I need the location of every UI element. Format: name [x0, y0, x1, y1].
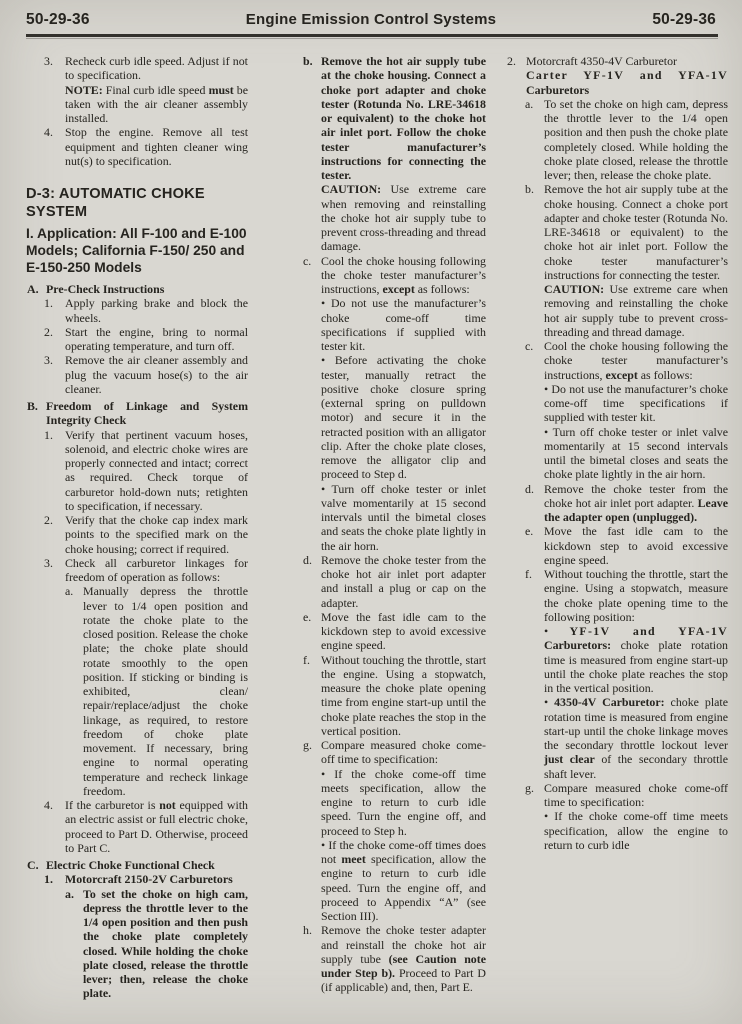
text-run: Recheck curb idle speed. Adjust if not t…: [65, 54, 248, 82]
manual-page: 50-29-36 Engine Emission Control Systems…: [0, 0, 742, 1024]
doc-item: c.Cool the choke housing following the c…: [502, 339, 728, 382]
text-run: D-3: AUTOMATIC CHOKE SYSTEM: [26, 186, 205, 220]
text-run: Carburetors:: [544, 638, 611, 652]
text-run: Move the fast idle cam to the kickdown s…: [321, 610, 486, 653]
item-marker: 2.: [507, 54, 516, 68]
text-run: • Do not use the manufacturer’s choke co…: [544, 382, 728, 425]
item-marker: 3.: [44, 556, 53, 570]
item-marker: a.: [525, 97, 533, 111]
text-run: Verify that the choke cap index mark poi…: [65, 513, 248, 556]
text-run: • Do not use the manufacturer’s choke co…: [321, 296, 486, 353]
text-run: I. Application: All F-100 and E-100 Mode…: [26, 226, 247, 275]
doc-bullet: • Turn off choke tester or inlet valve m…: [264, 482, 486, 553]
doc-item: 1.Verify that pertinent vacuum hoses, so…: [26, 428, 248, 514]
page-header: 50-29-36 Engine Emission Control Systems…: [0, 0, 742, 29]
text-run: To set the choke on high cam, depress th…: [544, 97, 728, 182]
section-heading: D-3: AUTOMATIC CHOKE SYSTEM: [26, 185, 248, 221]
doc-paragraph: NOTE: Final curb idle speed must be take…: [26, 83, 248, 126]
doc-item: f.Without touching the throttle, start t…: [264, 653, 486, 739]
text-run: Start the engine, bring to normal operat…: [65, 325, 248, 353]
text-run: • Turn off choke tester or inlet valve m…: [544, 425, 728, 482]
text-run: meet: [341, 852, 365, 866]
item-marker: f.: [303, 653, 310, 667]
text-run: as follows:: [415, 282, 470, 296]
page-number-left: 50-29-36: [26, 11, 90, 29]
doc-item: a.To set the choke on high cam, depress …: [502, 97, 728, 183]
doc-paragraph: Carter YF-1V and YFA-1V Carburetors: [502, 68, 728, 97]
item-marker: g.: [303, 738, 312, 752]
item-marker: 1.: [44, 296, 53, 310]
doc-item: 2.Start the engine, bring to normal oper…: [26, 325, 248, 354]
doc-bullet: • Do not use the manufacturer’s choke co…: [502, 382, 728, 425]
doc-paragraph: CAUTION: Use extreme care when removing …: [502, 282, 728, 339]
doc-item: d.Remove the choke tester from the choke…: [264, 553, 486, 610]
text-run: Pre-Check Instructions: [46, 282, 164, 296]
text-run: Carburetors: [526, 83, 589, 97]
item-marker: b.: [525, 182, 534, 196]
text-run: Motorcraft 2150-2V Carburetors: [65, 872, 233, 886]
item-marker: c.: [525, 339, 533, 353]
text-run: •: [544, 695, 554, 709]
doc-bullet: • Before activating the choke tester, ma…: [264, 353, 486, 481]
text-run: Compare measured choke come-off time to …: [544, 781, 728, 809]
doc-item: a.Manually depress the throttle lever to…: [26, 584, 248, 798]
doc-bullet: • Do not use the manufacturer’s choke co…: [264, 296, 486, 353]
doc-item: 3.Recheck curb idle speed. Adjust if not…: [26, 54, 248, 83]
item-marker: 1.: [44, 428, 53, 442]
text-run: Remove the hot air supply tube at the ch…: [321, 54, 486, 182]
doc-item: C.Electric Choke Functional Check: [26, 858, 248, 872]
item-marker: d.: [303, 553, 312, 567]
doc-item: g.Compare measured choke come-off time t…: [502, 781, 728, 810]
application-heading: I. Application: All F-100 and E-100 Mode…: [26, 225, 248, 276]
item-marker: 1.: [44, 872, 53, 886]
doc-item: e.Move the fast idle cam to the kickdown…: [502, 524, 728, 567]
text-run: Carter YF-1V and YFA-1V: [526, 68, 728, 82]
column-2: b.Remove the hot air supply tube at the …: [264, 54, 486, 1001]
text-run: NOTE:: [65, 83, 103, 97]
doc-bullet: • YF-1V and YFA-1V Carburetors: choke pl…: [502, 624, 728, 695]
column-1: 3.Recheck curb idle speed. Adjust if not…: [26, 54, 248, 1001]
text-run: • Turn off choke tester or inlet valve m…: [321, 482, 486, 553]
text-run: just clear: [544, 752, 595, 766]
page-title: Engine Emission Control Systems: [246, 11, 496, 28]
doc-bullet: • 4350-4V Carburetor: choke plate rotati…: [502, 695, 728, 781]
item-marker: C.: [27, 858, 39, 872]
text-run: Compare measured choke come-off time to …: [321, 738, 486, 766]
doc-item: d.Remove the choke tester from the choke…: [502, 482, 728, 525]
item-marker: 4.: [44, 125, 53, 139]
text-run: • If the choke come-off time meets speci…: [321, 767, 486, 838]
doc-item: 3.Remove the air cleaner assembly and pl…: [26, 353, 248, 396]
text-run: Stop the engine. Remove all test equipme…: [65, 125, 248, 168]
doc-item: h.Remove the choke tester adapter and re…: [264, 923, 486, 994]
text-run: CAUTION:: [544, 282, 604, 296]
text-run: not: [159, 798, 176, 812]
text-run: Without touching the throttle, start the…: [544, 567, 728, 624]
doc-item: b.Remove the hot air supply tube at the …: [264, 54, 486, 182]
doc-item: 1.Apply parking brake and block the whee…: [26, 296, 248, 325]
doc-bullet: • If the choke come-off time meets speci…: [264, 767, 486, 838]
text-run: Without touching the throttle, start the…: [321, 653, 486, 738]
doc-item: 4.If the carburetor is not equipped with…: [26, 798, 248, 855]
item-marker: b.: [303, 54, 313, 68]
item-marker: a.: [65, 584, 73, 598]
item-marker: f.: [525, 567, 532, 581]
text-run: • Before activating the choke tester, ma…: [321, 353, 486, 481]
text-run: Electric Choke Functional Check: [46, 858, 215, 872]
item-marker: e.: [525, 524, 533, 538]
doc-item: a.To set the choke on high cam, depress …: [26, 887, 248, 1001]
item-marker: 4.: [44, 798, 53, 812]
doc-item: g.Compare measured choke come-off time t…: [264, 738, 486, 767]
text-run: CAUTION:: [321, 182, 381, 196]
item-marker: e.: [303, 610, 311, 624]
text-run: Freedom of Linkage and System Integrity …: [46, 399, 248, 427]
text-run: •: [544, 624, 570, 638]
text-run: Verify that pertinent vacuum hoses, sole…: [65, 428, 248, 513]
text-run: YF-1V and YFA-1V: [570, 624, 728, 638]
text-run: To set the choke on high cam, depress th…: [83, 887, 248, 1001]
text-run: Remove the air cleaner assembly and plug…: [65, 353, 248, 396]
text-run: must: [209, 83, 234, 97]
doc-item: 3.Check all carburetor linkages for free…: [26, 556, 248, 585]
item-marker: 3.: [44, 353, 53, 367]
doc-bullet: • Turn off choke tester or inlet valve m…: [502, 425, 728, 482]
doc-item: 2.Motorcraft 4350-4V Carburetor: [502, 54, 728, 68]
text-run: Remove the hot air supply tube at the ch…: [544, 182, 728, 282]
text-run: Manually depress the throttle lever to 1…: [83, 584, 248, 798]
doc-item: f.Without touching the throttle, start t…: [502, 567, 728, 624]
text-run: Move the fast idle cam to the kickdown s…: [544, 524, 728, 567]
item-marker: A.: [27, 282, 39, 296]
text-run: except: [605, 368, 637, 382]
text-run: If the carburetor is: [65, 798, 159, 812]
text-run: Remove the choke tester from the choke h…: [321, 553, 486, 610]
text-run: 4350-4V Carburetor:: [554, 695, 665, 709]
text-run: except: [382, 282, 414, 296]
doc-item: e.Move the fast idle cam to the kickdown…: [264, 610, 486, 653]
column-3: 2.Motorcraft 4350-4V CarburetorCarter YF…: [502, 54, 728, 1001]
text-run: as follows:: [638, 368, 693, 382]
item-marker: 2.: [44, 513, 53, 527]
doc-item: 4.Stop the engine. Remove all test equip…: [26, 125, 248, 168]
doc-item: 2.Verify that the choke cap index mark p…: [26, 513, 248, 556]
item-marker: a.: [65, 887, 74, 901]
text-run: Apply parking brake and block the wheels…: [65, 296, 248, 324]
doc-item: b.Remove the hot air supply tube at the …: [502, 182, 728, 282]
text-run: Final curb idle speed: [103, 83, 209, 97]
text-columns: 3.Recheck curb idle speed. Adjust if not…: [0, 39, 742, 1001]
item-marker: 3.: [44, 54, 53, 68]
item-marker: 2.: [44, 325, 53, 339]
item-marker: c.: [303, 254, 311, 268]
text-run: • If the choke come-off time meets speci…: [544, 809, 728, 852]
doc-item: B.Freedom of Linkage and System Integrit…: [26, 399, 248, 428]
text-run: Check all carburetor linkages for freedo…: [65, 556, 248, 584]
doc-item: A.Pre-Check Instructions: [26, 282, 248, 296]
doc-paragraph: CAUTION: Use extreme care when removing …: [264, 182, 486, 253]
item-marker: d.: [525, 482, 534, 496]
text-run: Motorcraft 4350-4V Carburetor: [526, 54, 677, 68]
doc-bullet: • If the choke come-off times does not m…: [264, 838, 486, 924]
doc-bullet: • If the choke come-off time meets speci…: [502, 809, 728, 852]
item-marker: B.: [27, 399, 38, 413]
page-number-right: 50-29-36: [652, 11, 716, 29]
doc-item: c.Cool the choke housing following the c…: [264, 254, 486, 297]
doc-item: 1.Motorcraft 2150-2V Carburetors: [26, 872, 248, 886]
item-marker: h.: [303, 923, 312, 937]
item-marker: g.: [525, 781, 534, 795]
